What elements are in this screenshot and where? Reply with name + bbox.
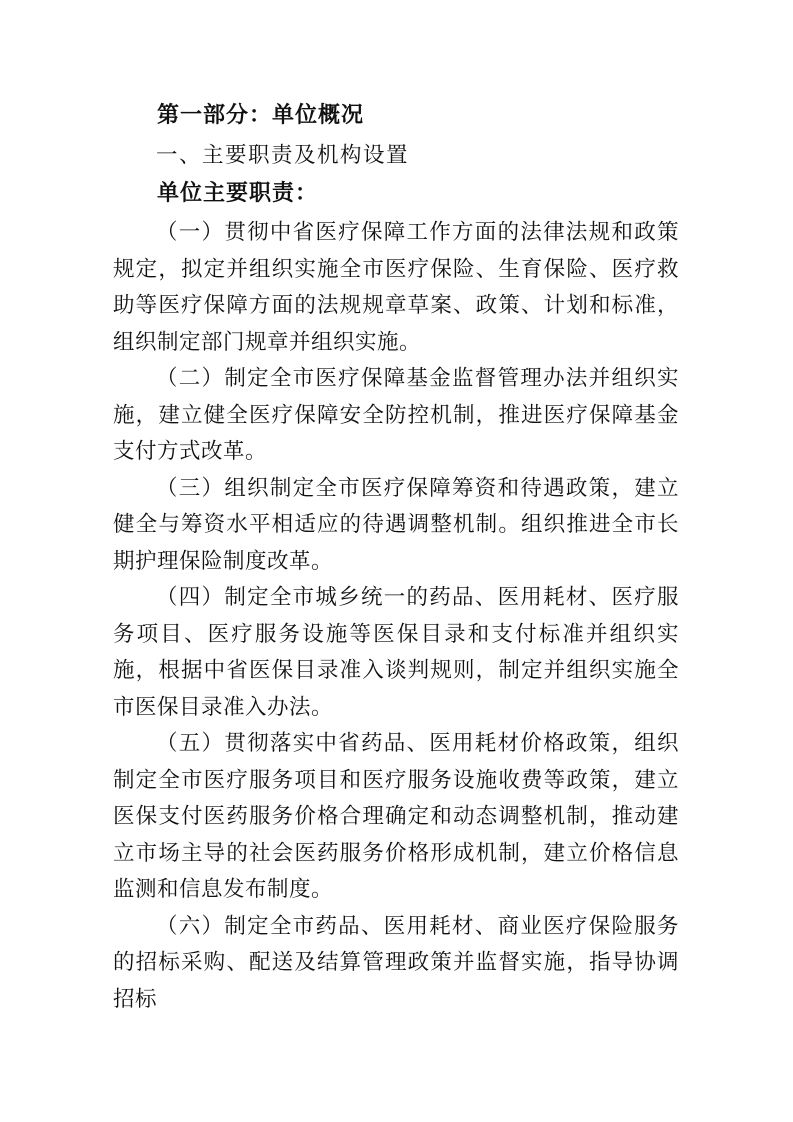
duty-paragraph-1: （一）贯彻中省医疗保障工作方面的法律法规和政策规定，拟定并组织实施全市医疗保险、… [113, 214, 679, 360]
duty-paragraph-3: （三）组织制定全市医疗保障筹资和待遇政策，建立健全与筹资水平相适应的待遇调整机制… [113, 470, 679, 580]
subsection-heading: 一、主要职责及机构设置 [113, 136, 679, 174]
section-heading: 第一部分：单位概况 [113, 96, 679, 134]
document-content: 第一部分：单位概况 一、主要职责及机构设置 单位主要职责： （一）贯彻中省医疗保… [113, 96, 679, 1017]
duty-paragraph-4: （四）制定全市城乡统一的药品、医用耗材、医疗服务项目、医疗服务设施等医保目录和支… [113, 579, 679, 725]
duties-heading: 单位主要职责： [113, 174, 679, 212]
duty-paragraph-2: （二）制定全市医疗保障基金监督管理办法并组织实施，建立健全医疗保障安全防控机制，… [113, 360, 679, 470]
duty-paragraph-6: （六）制定全市药品、医用耗材、商业医疗保险服务的招标采购、配送及结算管理政策并监… [113, 908, 679, 1018]
document-page: 第一部分：单位概况 一、主要职责及机构设置 单位主要职责： （一）贯彻中省医疗保… [0, 0, 793, 1122]
duty-paragraph-5: （五）贯彻落实中省药品、医用耗材价格政策，组织制定全市医疗服务项目和医疗服务设施… [113, 725, 679, 908]
